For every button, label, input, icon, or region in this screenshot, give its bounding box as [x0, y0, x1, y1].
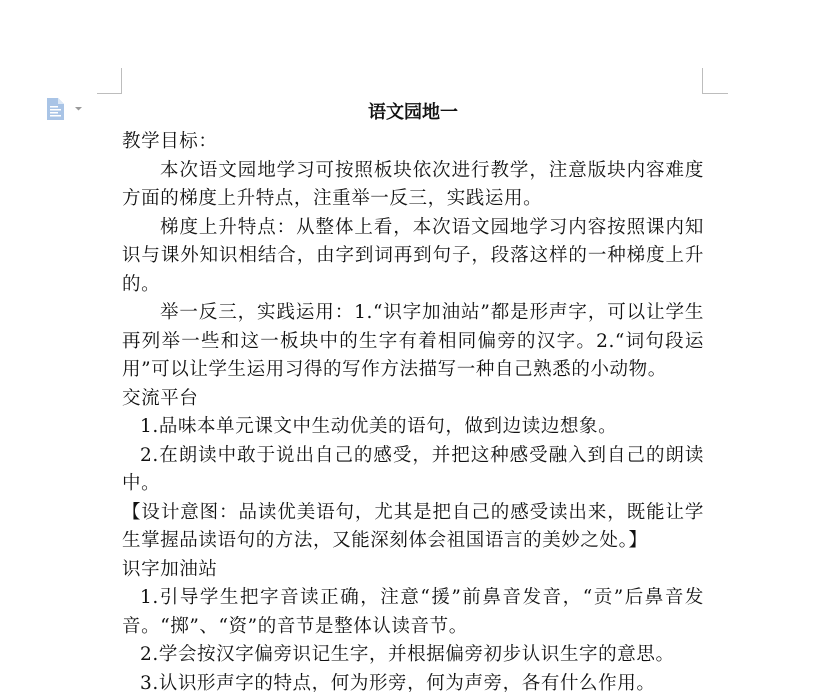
list-item-exchange-1: 1.品味本单元课文中生动优美的语句，做到边读边想象。 [122, 413, 704, 442]
heading-exchange-platform: 交流平台 [122, 385, 704, 414]
document-title: 语文园地一 [122, 98, 704, 128]
paragraph-practice-application: 举一反三，实践运用：1.“识字加油站”都是形声字，可以让学生再列举一些和这一板块… [122, 299, 704, 385]
heading-literacy-station: 识字加油站 [122, 556, 704, 585]
list-item-literacy-2: 2.学会按汉字偏旁识记生字，并根据偏旁初步认识生字的意思。 [122, 641, 704, 670]
document-page[interactable]: 语文园地一 教学目标： 本次语文园地学习可按照板块依次进行教学，注意版块内容难度… [122, 98, 704, 692]
list-item-literacy-3: 3.认识形声字的特点，何为形旁，何为声旁，各有什么作用。 [122, 670, 704, 692]
page-corner-mark-top-right [702, 68, 728, 94]
paragraph-design-intent: 【设计意图：品读优美语句，尤其是把自己的感受读出来，既能让学生掌握品读语句的方法… [122, 499, 704, 556]
page-corner-mark-top-left [97, 68, 122, 94]
list-item-exchange-2: 2.在朗读中敢于说出自己的感受，并把这种感受融入到自己的朗读中。 [122, 442, 704, 499]
paragraph-gradient-feature: 梯度上升特点：从整体上看，本次语文园地学习内容按照课内知识与课外知识相结合，由字… [122, 214, 704, 300]
chevron-down-icon [75, 107, 82, 111]
paste-options-button[interactable] [46, 98, 86, 120]
list-item-literacy-1: 1.引导学生把字音读正确，注意“援”前鼻音发音，“贡”后鼻音发音。“掷”、“资”… [122, 584, 704, 641]
document-icon [47, 98, 64, 120]
heading-teaching-goals: 教学目标： [122, 128, 704, 157]
paragraph-goals-intro: 本次语文园地学习可按照板块依次进行教学，注意版块内容难度方面的梯度上升特点，注重… [122, 157, 704, 214]
